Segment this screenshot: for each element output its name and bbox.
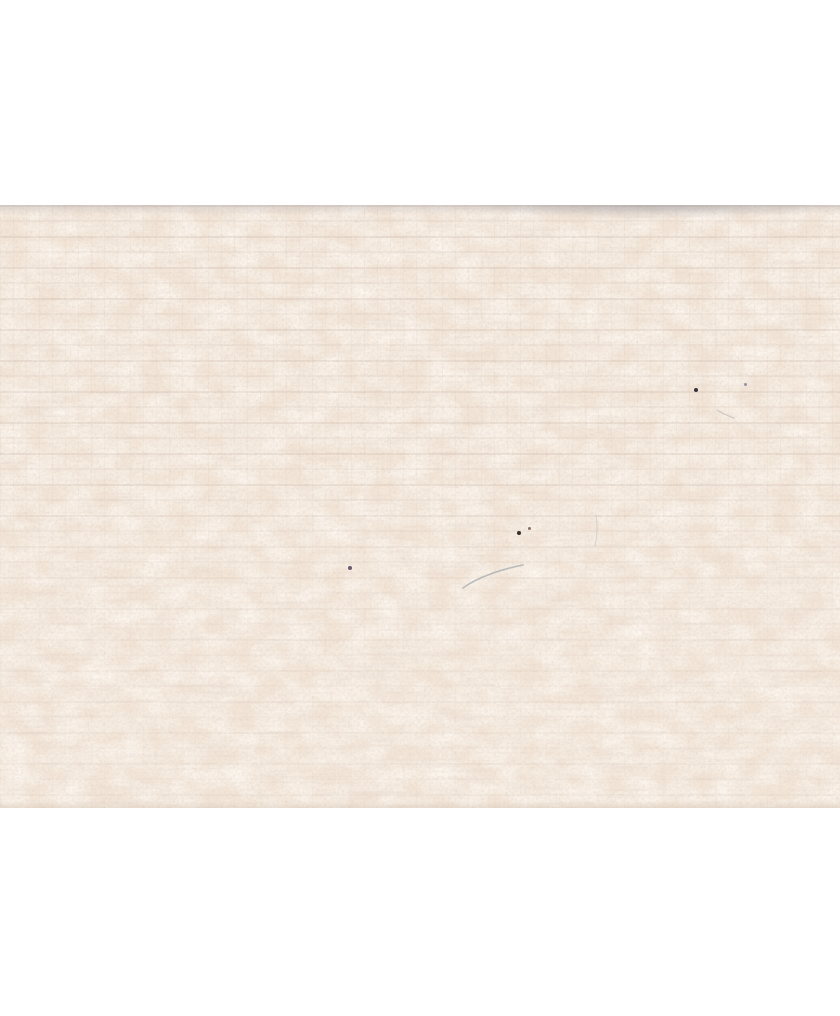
dark-speck [517,531,521,535]
dark-speck [528,527,531,530]
page-background: { "image": { "alt": "Close-up photograph… [0,0,840,1016]
dark-speck [348,566,352,570]
dark-speck [744,383,747,386]
dark-speck [694,388,698,392]
carpet-swatch-photo [0,205,840,808]
speck-layer [0,205,840,808]
